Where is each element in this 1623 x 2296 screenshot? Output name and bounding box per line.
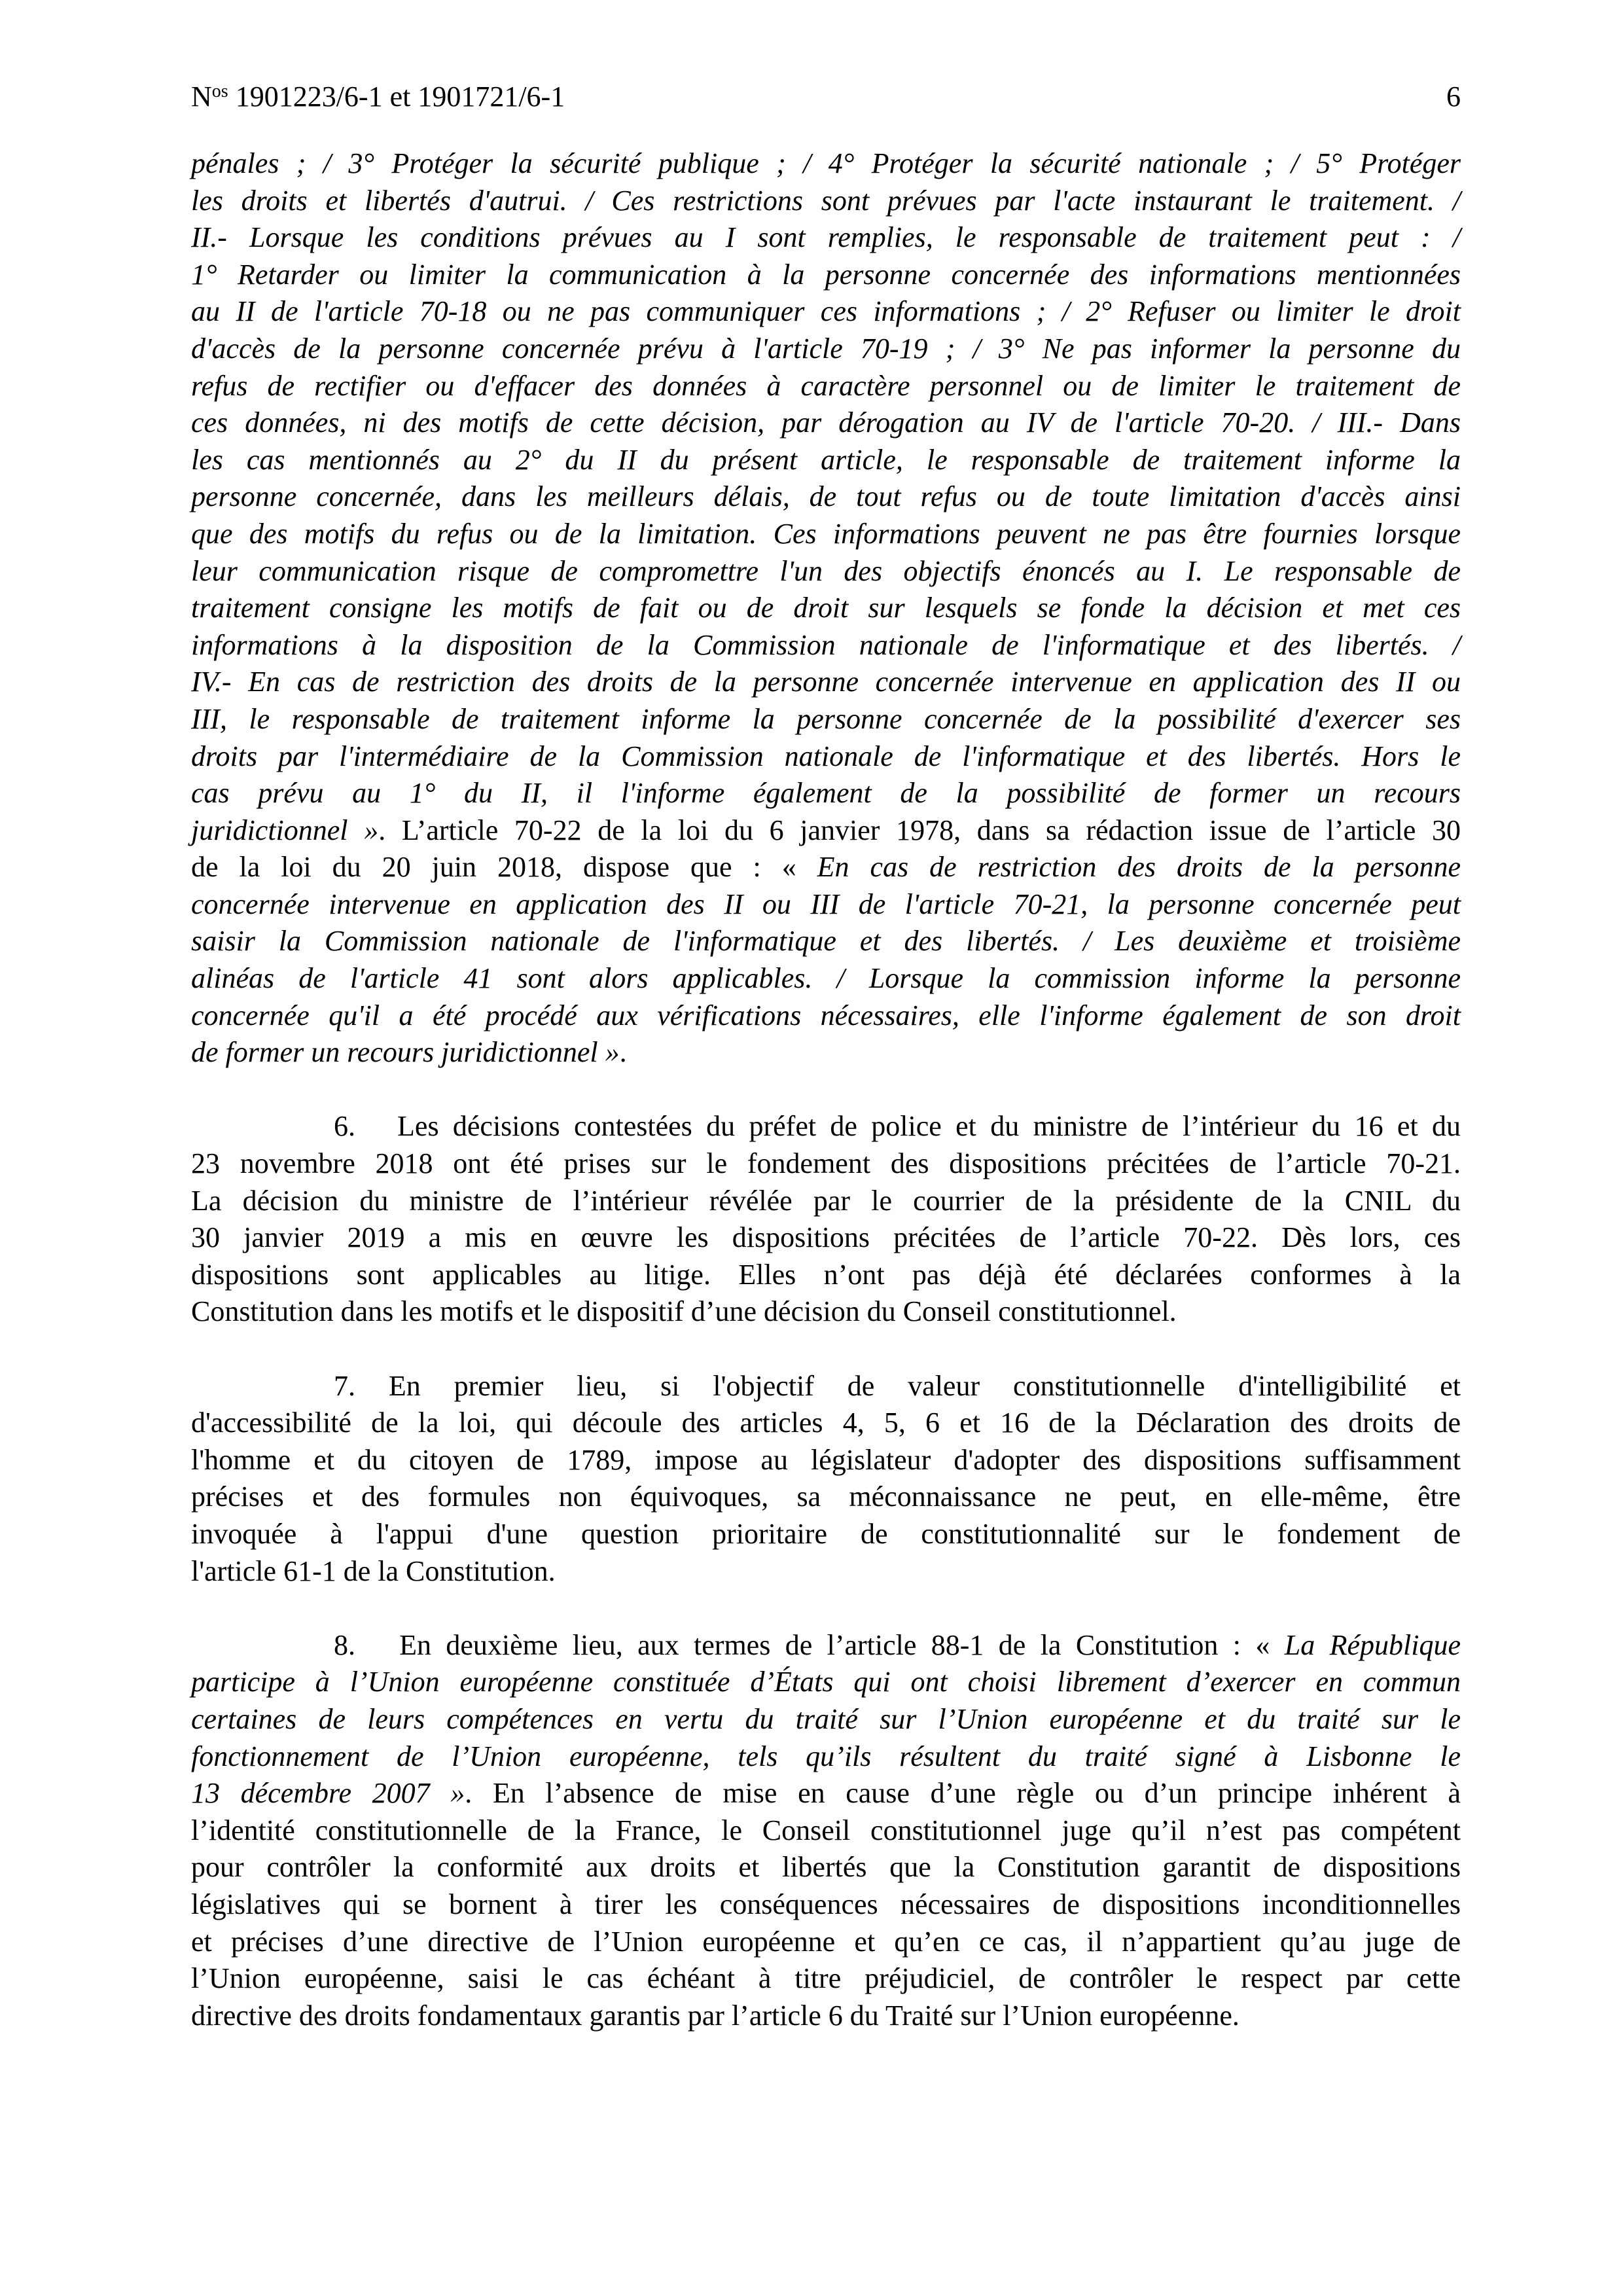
roman-segment: . L’article 70-22 de la loi du 6 janvier… (378, 814, 1461, 846)
text-line: personne concernée, dans les meilleurs d… (191, 478, 1461, 516)
text-line: II.- Lorsque les conditions prévues au I… (191, 219, 1461, 257)
case-numbers: Nos 1901223/6-1 et 1901721/6-1 (191, 77, 565, 117)
text-line: Constitution dans les motifs et le dispo… (191, 1293, 1461, 1331)
text-line: IV.- En cas de restriction des droits de… (191, 664, 1461, 701)
text-line: que des motifs du refus ou de la limitat… (191, 516, 1461, 553)
text-line: l'homme et du citoyen de 1789, impose au… (191, 1442, 1461, 1479)
text-line: La décision du ministre de l’intérieur r… (191, 1183, 1461, 1220)
text-line: de la loi du 20 juin 2018, dispose que :… (191, 849, 1461, 886)
text-line: certaines de leurs compétences en vertu … (191, 1701, 1461, 1738)
italic-segment: juridictionnel » (191, 814, 378, 846)
page-number: 6 (1446, 77, 1461, 117)
text-line: juridictionnel ». L’article 70-22 de la … (191, 812, 1461, 850)
text-line: refus de rectifier ou d'effacer des donn… (191, 368, 1461, 405)
text-line: 1° Retarder ou limiter la communication … (191, 257, 1461, 294)
text-line: participe à l’Union européenne constitué… (191, 1664, 1461, 1701)
case-number-text: 1901223/6-1 et 1901721/6-1 (228, 81, 565, 113)
roman-segment: de la loi du 20 juin 2018, dispose que :… (191, 851, 817, 883)
document-body: pénales ; / 3° Protéger la sécurité publ… (191, 145, 1461, 2034)
text-line: cas prévu au 1° du II, il l'informe égal… (191, 775, 1461, 812)
text-line: fonctionnement de l’Union européenne, te… (191, 1738, 1461, 1776)
case-prefix: N (191, 81, 212, 113)
italic-segment: de former un recours juridictionnel » (191, 1036, 620, 1068)
text-line: et précises d’une directive de l’Union e… (191, 1924, 1461, 1961)
line-text: Les décisions contestées du préfet de po… (397, 1110, 1461, 1142)
text-line: dispositions sont applicables au litige.… (191, 1257, 1461, 1294)
text-line: l'article 61-1 de la Constitution. (191, 1553, 1461, 1590)
paragraph-number: 8. (334, 1629, 355, 1661)
text-line: alinéas de l'article 41 sont alors appli… (191, 960, 1461, 997)
text-line: 13 décembre 2007 ». En l’absence de mise… (191, 1775, 1461, 1812)
italic-segment: En cas de restriction des droits de la p… (817, 851, 1461, 883)
text-line: saisir la Commission nationale de l'info… (191, 923, 1461, 960)
paragraph-number: 7. (334, 1370, 355, 1402)
italic-segment: La République (1285, 1629, 1461, 1661)
text-line: informations à la disposition de la Comm… (191, 627, 1461, 664)
italic-segment: 13 décembre 2007 » (191, 1777, 465, 1809)
roman-segment: . En l’absence de mise en cause d’une rè… (465, 1777, 1461, 1809)
text-line: au II de l'article 70-18 ou ne pas commu… (191, 293, 1461, 331)
quote-continuation: pénales ; / 3° Protéger la sécurité publ… (191, 145, 1461, 1071)
document-page: Nos 1901223/6-1 et 1901721/6-1 6 pénales… (0, 0, 1623, 2296)
paragraph-number: 6. (334, 1110, 355, 1142)
paragraph-8: 8. En deuxième lieu, aux termes de l’art… (191, 1627, 1461, 2035)
text-line: ces données, ni des motifs de cette déci… (191, 404, 1461, 442)
text-line: leur communication risque de compromettr… (191, 553, 1461, 590)
text-line: invoquée à l'appui d'une question priori… (191, 1516, 1461, 1553)
text-line: 6. Les décisions contestées du préfet de… (191, 1108, 1461, 1145)
text-line: III, le responsable de traitement inform… (191, 701, 1461, 738)
roman-segment: En deuxième lieu, aux termes de l’articl… (399, 1629, 1285, 1661)
page-header: Nos 1901223/6-1 et 1901721/6-1 6 (191, 77, 1461, 117)
text-line: concernée intervenue en application des … (191, 886, 1461, 924)
text-line: l’identité constitutionnelle de la Franc… (191, 1812, 1461, 1850)
text-line: législatives qui se bornent à tirer les … (191, 1886, 1461, 1924)
text-line: pour contrôler la conformité aux droits … (191, 1849, 1461, 1886)
line-text: En premier lieu, si l'objectif de valeur… (389, 1370, 1461, 1402)
text-line: pénales ; / 3° Protéger la sécurité publ… (191, 145, 1461, 183)
text-line: l’Union européenne, saisi le cas échéant… (191, 1960, 1461, 1998)
text-line: les cas mentionnés au 2° du II du présen… (191, 442, 1461, 479)
text-line: 8. En deuxième lieu, aux termes de l’art… (191, 1627, 1461, 1664)
text-line: 30 janvier 2019 a mis en œuvre les dispo… (191, 1219, 1461, 1257)
paragraph-7: 7. En premier lieu, si l'objectif de val… (191, 1368, 1461, 1590)
roman-segment: . (620, 1036, 627, 1068)
text-line: concernée qu'il a été procédé aux vérifi… (191, 997, 1461, 1035)
text-line: de former un recours juridictionnel ». (191, 1034, 1461, 1071)
text-line: d'accessibilité de la loi, qui découle d… (191, 1405, 1461, 1442)
text-line: directive des droits fondamentaux garant… (191, 1998, 1461, 2035)
case-superscript: os (212, 81, 228, 101)
text-line: précises et des formules non équivoques,… (191, 1479, 1461, 1516)
text-line: traitement consigne les motifs de fait o… (191, 590, 1461, 627)
text-line: 7. En premier lieu, si l'objectif de val… (191, 1368, 1461, 1405)
text-line: droits par l'intermédiaire de la Commiss… (191, 738, 1461, 776)
text-line: 23 novembre 2018 ont été prises sur le f… (191, 1145, 1461, 1183)
text-line: les droits et libertés d'autrui. / Ces r… (191, 183, 1461, 220)
paragraph-6: 6. Les décisions contestées du préfet de… (191, 1108, 1461, 1331)
text-line: d'accès de la personne concernée prévu à… (191, 331, 1461, 368)
